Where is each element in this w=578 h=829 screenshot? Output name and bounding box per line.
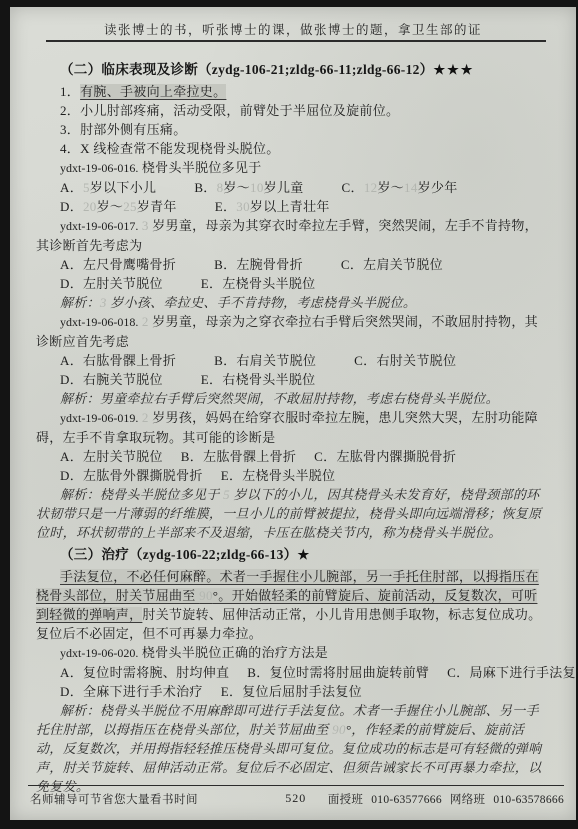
option-b: B．复位时需将肘屈曲旋转前臂 [247, 663, 429, 682]
option-e: E．左桡骨头半脱位 [221, 466, 336, 485]
star-rating-icon: ★ [297, 547, 311, 562]
option-a: A．5岁以下小儿 [60, 178, 156, 197]
faint-number: 20 [83, 199, 97, 214]
option-e: E．右桡骨头半脱位 [201, 370, 316, 389]
faint-number: 14 [404, 180, 418, 195]
analysis-018: 解析：男童牵拉右手臂后突然哭闹，不敢屈肘持物，考虑右桡骨头半脱位。 [36, 389, 548, 408]
option-letter: B． [194, 180, 216, 195]
option-c: C．左肩关节脱位 [341, 255, 443, 274]
option-b: B．左腕骨骨折 [214, 255, 303, 274]
faint-number: 25 [123, 199, 137, 214]
footer-contacts: 面授班010-63577666网络班010-63578666 [320, 791, 564, 807]
contact-phone-1: 010-63577666 [371, 794, 442, 806]
option-e: E．30岁以上青壮年 [215, 197, 330, 216]
question-019-code: ydxt-19-06-019. [60, 411, 138, 425]
analysis-017: 解析：3 岁小孩、牵拉史、手不肯持物，考虑桡骨头半脱位。 [36, 293, 548, 312]
option-b: B．左肱骨髁上骨折 [181, 447, 296, 466]
contact-class-1: 面授班 [328, 794, 363, 806]
question-018-stem: ydxt-19-06-018. 2 岁男童，母亲为之穿衣牵拉右手臂后突然哭闹，不… [36, 312, 548, 351]
question-019-options-row-1: A．左肘关节脱位 B．左肱骨髁上骨折 C．左肱骨内髁撕脱骨折 [36, 447, 548, 466]
analysis-text: 男童牵拉右手臂后突然哭闹，不敢屈肘持物，考虑右桡骨头半脱位。 [100, 391, 499, 406]
option-letter: E． [215, 199, 237, 214]
faint-number: 3 [138, 218, 152, 233]
section-heading-text: （三）治疗（zydg-106-22;zldg-66-13） [60, 547, 297, 562]
option-text: 岁以上青壮年 [250, 199, 330, 214]
option-letter: A． [60, 180, 83, 195]
page-number: 520 [285, 791, 306, 806]
option-a: A．复位时需将腕、肘均伸直 [60, 663, 229, 682]
option-text: 岁儿童 [264, 180, 304, 195]
option-text: 岁～ [377, 180, 404, 195]
option-a: A．右肱骨髁上骨折 [60, 351, 176, 370]
contact-class-2: 网络班 [450, 794, 485, 806]
analysis-label: 解析： [60, 487, 100, 502]
faint-number: 90 [332, 722, 346, 737]
option-letter: D． [60, 199, 83, 214]
footer-slogan: 名师辅导可节省您大量看书时间 [30, 791, 198, 807]
question-020-stem: ydxt-19-06-020. 桡骨头半脱位正确的治疗方法是 [36, 643, 548, 663]
scanned-book-page: 读张博士的书，听张博士的课，做张博士的题，拿卫生部的证 （二）临床表现及诊断（z… [0, 0, 578, 829]
clinical-item-2: 2．小儿肘部疼痛，活动受限，前臂处于半屈位及旋前位。 [36, 101, 548, 120]
option-b: B．8岁～10岁儿童 [194, 178, 303, 197]
question-019-stem: ydxt-19-06-019. 2 岁男孩，妈妈在给穿衣服时牵拉左腕，患儿突然大… [36, 408, 548, 447]
question-020-options-row-2: D．全麻下进行手术治疗 E．复位后屈肘手法复位 [36, 682, 548, 701]
option-a: A．左肘关节脱位 [60, 447, 163, 466]
clinical-item-3: 3．肘部外侧有压痛。 [36, 120, 548, 139]
question-016-options-row-1: A．5岁以下小儿 B．8岁～10岁儿童 C．12岁～14岁少年 [36, 178, 548, 197]
clinical-item-1: 1．有腕、手被向上牵拉史。 [36, 82, 548, 101]
paper-background: 读张博士的书，听张博士的课，做张博士的题，拿卫生部的证 （二）临床表现及诊断（z… [10, 7, 576, 820]
option-text: 岁少年 [418, 180, 458, 195]
question-017-options-row-2: D．左肘关节脱位 E．左桡骨头半脱位 [36, 274, 548, 293]
header-rule [46, 40, 546, 42]
faint-number: 3 [100, 295, 110, 310]
option-c: C．12岁～14岁少年 [342, 178, 458, 197]
option-c: C．左肱骨内髁撕脱骨折 [314, 447, 456, 466]
analysis-label: 解析： [60, 703, 100, 718]
item-number: 1． [60, 84, 80, 99]
analysis-label: 解析： [60, 391, 100, 406]
analysis-label: 解析： [60, 295, 100, 310]
question-016-stem: ydxt-19-06-016. 桡骨头半脱位多见于 [36, 158, 548, 178]
treatment-paragraph: 手法复位，不必任何麻醉。术者一手握住小儿腕部，另一手托住肘部，以拇指压在桡骨头部… [36, 567, 548, 643]
option-text: 岁～ [97, 199, 124, 214]
option-d: D．左肱骨外髁撕脱骨折 [60, 466, 203, 485]
section-heading-treatment: （三）治疗（zydg-106-22;zldg-66-13）★ [36, 545, 548, 564]
star-rating-icon: ★★★ [433, 62, 474, 77]
option-text: 岁～ [223, 180, 250, 195]
option-d: D．全麻下进行手术治疗 [60, 682, 203, 701]
option-d: D．右腕关节脱位 [60, 370, 163, 389]
faint-number: 10 [250, 180, 264, 195]
question-020-text: 桡骨头半脱位正确的治疗方法是 [138, 645, 328, 660]
question-018-options-row-2: D．右腕关节脱位 E．右桡骨头半脱位 [36, 370, 548, 389]
faint-number: 90 [199, 588, 213, 603]
option-d: D．20岁～25岁青年 [60, 197, 177, 216]
question-020-options-row-1: A．复位时需将腕、肘均伸直 B．复位时需将肘屈曲旋转前臂 C．局麻下进行手法复位 [36, 663, 548, 682]
option-e: E．左桡骨头半脱位 [201, 274, 316, 293]
contact-phone-2: 010-63578666 [493, 794, 564, 806]
faint-number: 2 [138, 314, 152, 329]
question-017-code: ydxt-19-06-017. [60, 219, 138, 233]
header-slogan: 读张博士的书，听张博士的课，做张博士的题，拿卫生部的证 [10, 20, 576, 38]
question-019-options-row-2: D．左肱骨外髁撕脱骨折 E．左桡骨头半脱位 [36, 466, 548, 485]
faint-number: 12 [364, 180, 378, 195]
section-heading-text: （二）临床表现及诊断（zydg-106-21;zldg-66-11;zldg-6… [60, 62, 433, 77]
analysis-text: 桡骨头半脱位多见于 [100, 487, 223, 502]
question-017-options-row-1: A．左尺骨鹰嘴骨折 B．左腕骨骨折 C．左肩关节脱位 [36, 255, 548, 274]
question-016-text: 桡骨头半脱位多见于 [138, 160, 261, 175]
option-b: B．右肩关节脱位 [214, 351, 316, 370]
option-c: C．局麻下进行手法复位 [447, 663, 578, 682]
question-017-stem: ydxt-19-06-017. 3 岁男童，母亲为其穿衣时牵拉左手臂，突然哭闹，… [36, 216, 548, 255]
highlighted-text: 有腕、手被向上牵拉史。 [80, 84, 226, 99]
option-letter: C． [342, 180, 364, 195]
option-text: 岁以下小儿 [90, 180, 157, 195]
section-heading-clinical: （二）临床表现及诊断（zydg-106-21;zldg-66-11;zldg-6… [36, 60, 548, 79]
question-016-code: ydxt-19-06-016. [60, 161, 138, 175]
page-content: （二）临床表现及诊断（zydg-106-21;zldg-66-11;zldg-6… [36, 57, 548, 796]
analysis-019: 解析：桡骨头半脱位多见于 5 岁以下的小儿，因其桡骨头未发育好，桡骨颈部的环状韧… [36, 485, 548, 542]
question-016-options-row-2: D．20岁～25岁青年 E．30岁以上青壮年 [36, 197, 548, 216]
analysis-text: 岁小孩、牵拉史、手不肯持物，考虑桡骨头半脱位。 [110, 295, 416, 310]
faint-number: 30 [236, 199, 250, 214]
question-018-code: ydxt-19-06-018. [60, 315, 138, 329]
analysis-020: 解析：桡骨头半脱位不用麻醉即可进行手法复位。术者一手握住小儿腕部、另一手托住肘部… [36, 701, 548, 796]
clinical-item-4: 4．X 线检查常不能发现桡骨头脱位。 [36, 139, 548, 158]
faint-number: 5 [83, 180, 90, 195]
question-018-options-row-1: A．右肱骨髁上骨折 B．右肩关节脱位 C．右肘关节脱位 [36, 351, 548, 370]
option-e: E．复位后屈肘手法复位 [221, 682, 362, 701]
footer-rule [28, 785, 564, 787]
option-a: A．左尺骨鹰嘴骨折 [60, 255, 176, 274]
option-d: D．左肘关节脱位 [60, 274, 163, 293]
faint-number: 5 [223, 487, 230, 502]
option-c: C．右肘关节脱位 [354, 351, 456, 370]
faint-number: 2 [138, 410, 152, 425]
option-text: 岁青年 [137, 199, 177, 214]
question-020-code: ydxt-19-06-020. [60, 646, 138, 660]
